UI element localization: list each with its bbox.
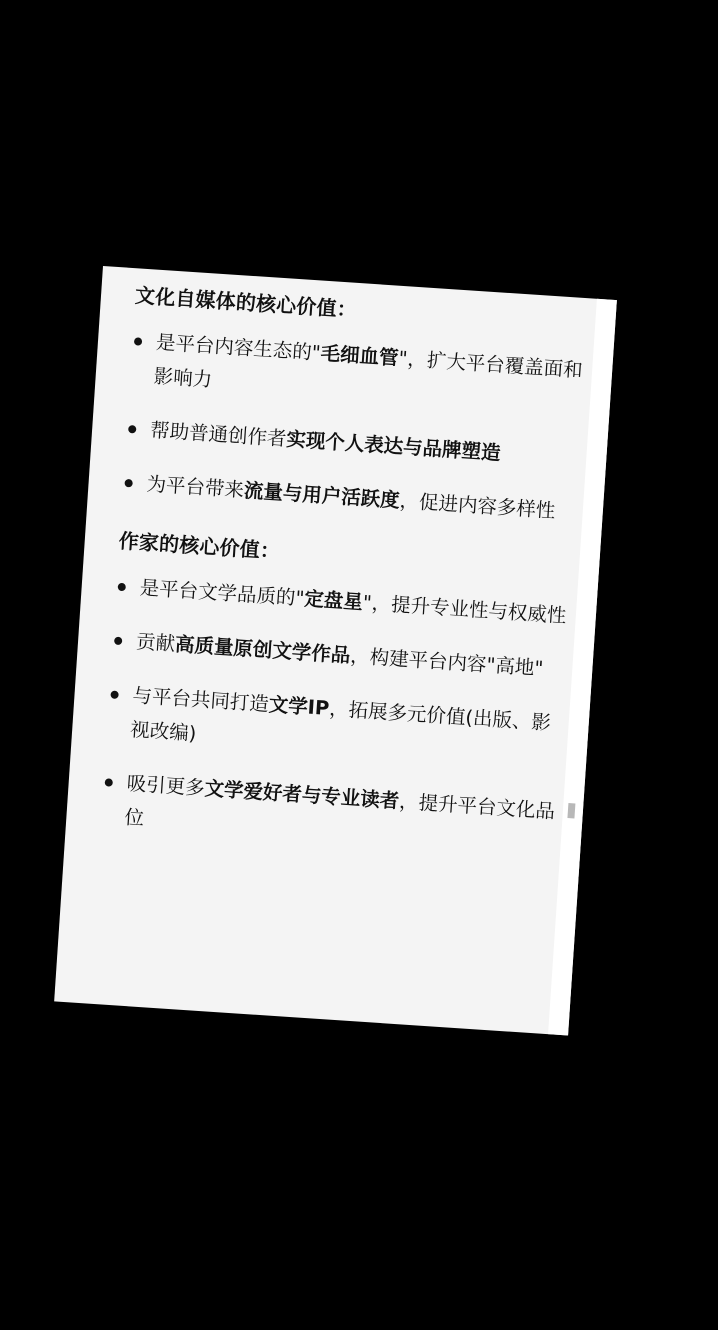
bullet-icon — [134, 337, 143, 346]
list-item: 与平台共同打造文学IP，拓展多元价值(出版、影视改编) — [105, 677, 566, 775]
list-item: 是平台内容生态的"毛细血管"，扩大平台覆盖面和影响力 — [129, 324, 590, 422]
content-body: 文化自媒体的核心价值： 是平台内容生态的"毛细血管"，扩大平台覆盖面和影响力 帮… — [99, 280, 592, 863]
item-text: 帮助普通创作者 — [149, 419, 287, 451]
item-text: 是平台文学品质的" — [139, 576, 305, 610]
item-text: 是平台内容生态的" — [155, 331, 321, 365]
bullet-icon — [128, 425, 137, 434]
item-highlight: 毛细血管 — [320, 342, 399, 370]
item-highlight: 流量与用户活跃度 — [243, 479, 400, 512]
item-highlight: 文学爱好者与专业读者 — [204, 777, 400, 813]
list-item: 为平台带来流量与用户活跃度，促进内容多样性 — [122, 466, 580, 530]
item-text: 与平台共同打造 — [132, 684, 270, 716]
list-item: 贡献高质量原创文学作品，构建平台内容"高地" — [111, 623, 569, 687]
bullet-icon — [118, 583, 127, 592]
screen: 文化自媒体的核心价值： 是平台内容生态的"毛细血管"，扩大平台覆盖面和影响力 帮… — [0, 0, 718, 1330]
content-card: 文化自媒体的核心价值： 是平台内容生态的"毛细血管"，扩大平台覆盖面和影响力 帮… — [54, 266, 617, 1036]
bullet-icon — [114, 637, 123, 646]
item-text: "，提升专业性与权威性 — [362, 591, 567, 627]
item-text: 吸引更多 — [126, 772, 205, 800]
bullet-icon — [124, 479, 133, 488]
item-highlight: 定盘星 — [304, 587, 364, 614]
item-highlight: 高质量原创文学作品 — [174, 633, 351, 668]
item-text: 为平台带来 — [146, 472, 245, 501]
item-highlight: 文学IP — [268, 693, 330, 720]
scrollbar-thumb[interactable] — [567, 803, 575, 818]
list-item: 帮助普通创作者实现个人表达与品牌塑造 — [125, 412, 583, 476]
item-highlight: 实现个人表达与品牌塑造 — [286, 428, 502, 465]
item-text: ，构建平台内容"高地" — [349, 644, 544, 680]
list-item: 吸引更多文学爱好者与专业读者，提升平台文化品位 — [99, 765, 560, 863]
writer-value-list: 是平台文学品质的"定盘星"，提升专业性与权威性 贡献高质量原创文学作品，构建平台… — [99, 570, 572, 864]
self-media-value-list: 是平台内容生态的"毛细血管"，扩大平台覆盖面和影响力 帮助普通创作者实现个人表达… — [122, 324, 590, 530]
item-text: 贡献 — [135, 630, 175, 656]
bullet-icon — [110, 690, 119, 699]
bullet-icon — [105, 778, 114, 787]
item-text: ，促进内容多样性 — [399, 489, 556, 522]
